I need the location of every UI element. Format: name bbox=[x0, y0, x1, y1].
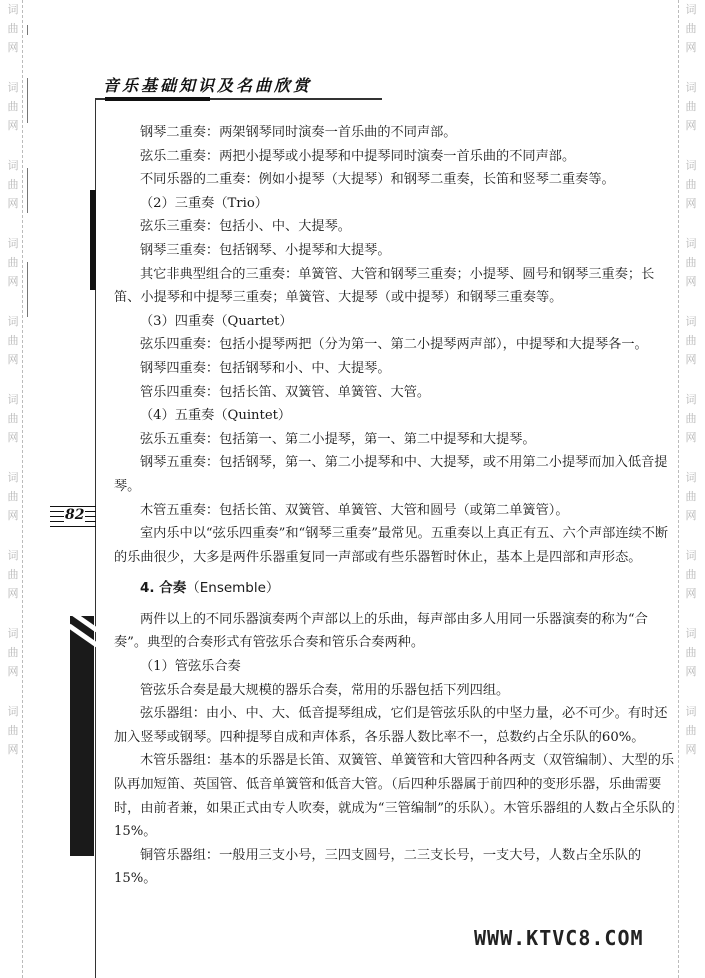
watermark-char: 曲 bbox=[686, 721, 697, 740]
watermark-char: 曲 bbox=[8, 253, 19, 272]
paragraph: 两件以上的不同乐器演奏两个声部以上的乐曲，每声部由多人用同一乐器演奏的称为“合奏… bbox=[114, 608, 680, 655]
watermark-char: 词 bbox=[8, 390, 19, 409]
watermark-group: 词曲网 bbox=[686, 234, 697, 291]
watermark-group: 词曲网 bbox=[8, 624, 19, 681]
watermark-char: 词 bbox=[686, 624, 697, 643]
watermark-char: 曲 bbox=[8, 721, 19, 740]
watermark-char: 曲 bbox=[8, 331, 19, 350]
watermark-char: 词 bbox=[686, 312, 697, 331]
paragraph: 管乐四重奏：包括长笛、双簧管、单簧管、大管。 bbox=[114, 381, 680, 405]
watermark-char: 曲 bbox=[686, 643, 697, 662]
watermark-char: 网 bbox=[686, 38, 697, 57]
watermark-char: 网 bbox=[686, 584, 697, 603]
watermark-char: 网 bbox=[8, 38, 19, 57]
page-number-block: 82 bbox=[50, 500, 96, 530]
subheading-trio: （2）三重奏（Trio） bbox=[114, 192, 680, 216]
watermark-group: 词曲网 bbox=[8, 312, 19, 369]
paragraph: 其它非典型组合的三重奏：单簧管、大管和钢琴三重奏；小提琴、圆号和钢琴三重奏；长笛… bbox=[114, 263, 680, 310]
paragraph: 钢琴三重奏：包括钢琴、小提琴和大提琴。 bbox=[114, 239, 680, 263]
watermark-char: 网 bbox=[8, 740, 19, 759]
watermark-char: 曲 bbox=[8, 175, 19, 194]
watermark-group: 词曲网 bbox=[8, 468, 19, 525]
watermark-char: 网 bbox=[8, 350, 19, 369]
paragraph: 不同乐器的二重奏：例如小提琴（大提琴）和钢琴二重奏，长笛和竖琴二重奏等。 bbox=[114, 168, 680, 192]
watermark-group: 词曲网 bbox=[686, 312, 697, 369]
watermark-char: 曲 bbox=[8, 97, 19, 116]
paragraph: 钢琴四重奏：包括钢琴和小、中、大提琴。 bbox=[114, 357, 680, 381]
section-heading-ensemble: 4. 合奏（Ensemble） bbox=[140, 577, 680, 601]
subheading-orchestral: （1）管弦乐合奏 bbox=[114, 655, 680, 679]
watermark-char: 曲 bbox=[686, 409, 697, 428]
watermark-char: 词 bbox=[686, 468, 697, 487]
watermark-char: 词 bbox=[8, 546, 19, 565]
watermark-char: 网 bbox=[8, 662, 19, 681]
watermark-char: 词 bbox=[686, 234, 697, 253]
watermark-char: 曲 bbox=[8, 487, 19, 506]
paragraph: 钢琴五重奏：包括钢琴，第一、第二小提琴和中、大提琴，或不用第二小提琴而加入低音提… bbox=[114, 451, 680, 498]
watermark-char: 网 bbox=[686, 350, 697, 369]
watermark-char: 网 bbox=[8, 584, 19, 603]
watermark-char: 词 bbox=[686, 0, 697, 19]
paragraph: 弦乐器组：由小、中、大、低音提琴组成，它们是管弦乐队的中坚力量，必不可少。有时还… bbox=[114, 702, 680, 749]
watermark-char: 曲 bbox=[8, 565, 19, 584]
watermark-char: 词 bbox=[8, 624, 19, 643]
watermark-char: 词 bbox=[686, 702, 697, 721]
subheading-quartet: （3）四重奏（Quartet） bbox=[114, 310, 680, 334]
page-number: 82 bbox=[64, 507, 85, 523]
paragraph: 钢琴二重奏：两架钢琴同时演奏一首乐曲的不同声部。 bbox=[114, 121, 680, 145]
paragraph: 木管乐器组：基本的乐器是长笛、双簧管、单簧管和大管四种各两支（双管编制）、大型的… bbox=[114, 749, 680, 843]
right-watermark: 词曲网词曲网词曲网词曲网词曲网词曲网词曲网词曲网词曲网词曲网 bbox=[681, 0, 701, 978]
watermark-group: 词曲网 bbox=[8, 702, 19, 759]
watermark-group: 词曲网 bbox=[686, 546, 697, 603]
watermark-char: 词 bbox=[686, 390, 697, 409]
watermark-group: 词曲网 bbox=[8, 78, 19, 135]
watermark-char: 词 bbox=[686, 156, 697, 175]
section-title-english: （Ensemble） bbox=[186, 580, 279, 596]
watermark-char: 网 bbox=[686, 272, 697, 291]
watermark-char: 曲 bbox=[686, 253, 697, 272]
watermark-char: 词 bbox=[686, 78, 697, 97]
watermark-char: 词 bbox=[8, 0, 19, 19]
scan-edge-mark bbox=[27, 78, 28, 123]
watermark-char: 曲 bbox=[686, 19, 697, 38]
watermark-char: 曲 bbox=[686, 487, 697, 506]
header-rule-accent bbox=[105, 97, 210, 101]
running-header-title: 音乐基础知识及名曲欣赏 bbox=[103, 73, 312, 96]
watermark-char: 网 bbox=[686, 428, 697, 447]
watermark-group: 词曲网 bbox=[686, 390, 697, 447]
watermark-char: 曲 bbox=[8, 643, 19, 662]
watermark-group: 词曲网 bbox=[8, 0, 19, 57]
watermark-group: 词曲网 bbox=[686, 624, 697, 681]
watermark-char: 网 bbox=[686, 740, 697, 759]
watermark-group: 词曲网 bbox=[686, 702, 697, 759]
watermark-char: 曲 bbox=[686, 331, 697, 350]
scan-edge-mark bbox=[27, 168, 28, 213]
watermark-char: 词 bbox=[8, 78, 19, 97]
watermark-char: 网 bbox=[8, 116, 19, 135]
subheading-quintet: （4）五重奏（Quintet） bbox=[114, 404, 680, 428]
section-title: 4. 合奏 bbox=[140, 580, 186, 596]
watermark-char: 曲 bbox=[686, 565, 697, 584]
watermark-group: 词曲网 bbox=[8, 390, 19, 447]
watermark-char: 曲 bbox=[686, 175, 697, 194]
paragraph: 铜管乐器组：一般用三支小号，三四支圆号，二三支长号，一支大号，人数占全乐队的15… bbox=[114, 844, 680, 891]
watermark-char: 词 bbox=[8, 234, 19, 253]
decorative-stripe bbox=[70, 616, 94, 856]
watermark-char: 网 bbox=[686, 116, 697, 135]
watermark-char: 曲 bbox=[8, 19, 19, 38]
watermark-group: 词曲网 bbox=[686, 156, 697, 213]
watermark-char: 网 bbox=[8, 428, 19, 447]
watermark-char: 网 bbox=[686, 662, 697, 681]
scan-edge-mark bbox=[27, 25, 28, 35]
watermark-group: 词曲网 bbox=[8, 546, 19, 603]
watermark-group: 词曲网 bbox=[686, 0, 697, 57]
watermark-group: 词曲网 bbox=[8, 234, 19, 291]
watermark-char: 网 bbox=[686, 194, 697, 213]
watermark-char: 网 bbox=[8, 194, 19, 213]
paragraph: 弦乐三重奏：包括小、中、大提琴。 bbox=[114, 215, 680, 239]
watermark-char: 词 bbox=[8, 156, 19, 175]
watermark-char: 曲 bbox=[686, 97, 697, 116]
paragraph: 木管五重奏：包括长笛、双簧管、单簧管、大管和圆号（或第二单簧管）。 bbox=[114, 499, 680, 523]
scan-edge-mark bbox=[27, 262, 28, 317]
paragraph: 室内乐中以“弦乐四重奏”和“钢琴三重奏”最常见。五重奏以上真正有五、六个声部连续… bbox=[114, 522, 680, 569]
watermark-char: 网 bbox=[686, 506, 697, 525]
site-url-watermark: WWW.KTVC8.COM bbox=[474, 926, 644, 950]
watermark-group: 词曲网 bbox=[8, 156, 19, 213]
left-watermark: 词曲网词曲网词曲网词曲网词曲网词曲网词曲网词曲网词曲网词曲网 bbox=[3, 0, 23, 978]
page-body: 钢琴二重奏：两架钢琴同时演奏一首乐曲的不同声部。 弦乐二重奏：两把小提琴或小提琴… bbox=[114, 121, 680, 891]
watermark-char: 词 bbox=[8, 702, 19, 721]
watermark-char: 网 bbox=[8, 506, 19, 525]
watermark-char: 词 bbox=[8, 312, 19, 331]
margin-bar bbox=[90, 190, 96, 290]
watermark-char: 词 bbox=[686, 546, 697, 565]
watermark-group: 词曲网 bbox=[686, 468, 697, 525]
watermark-char: 词 bbox=[8, 468, 19, 487]
paragraph: 管弦乐合奏是最大规模的器乐合奏，常用的乐器包括下列四组。 bbox=[114, 679, 680, 703]
paragraph: 弦乐二重奏：两把小提琴或小提琴和中提琴同时演奏一首乐曲的不同声部。 bbox=[114, 145, 680, 169]
watermark-char: 网 bbox=[8, 272, 19, 291]
paragraph: 弦乐五重奏：包括第一、第二小提琴，第一、第二中提琴和大提琴。 bbox=[114, 428, 680, 452]
watermark-char: 曲 bbox=[8, 409, 19, 428]
watermark-group: 词曲网 bbox=[686, 78, 697, 135]
paragraph: 弦乐四重奏：包括小提琴两把（分为第一、第二小提琴两声部），中提琴和大提琴各一。 bbox=[114, 333, 680, 357]
